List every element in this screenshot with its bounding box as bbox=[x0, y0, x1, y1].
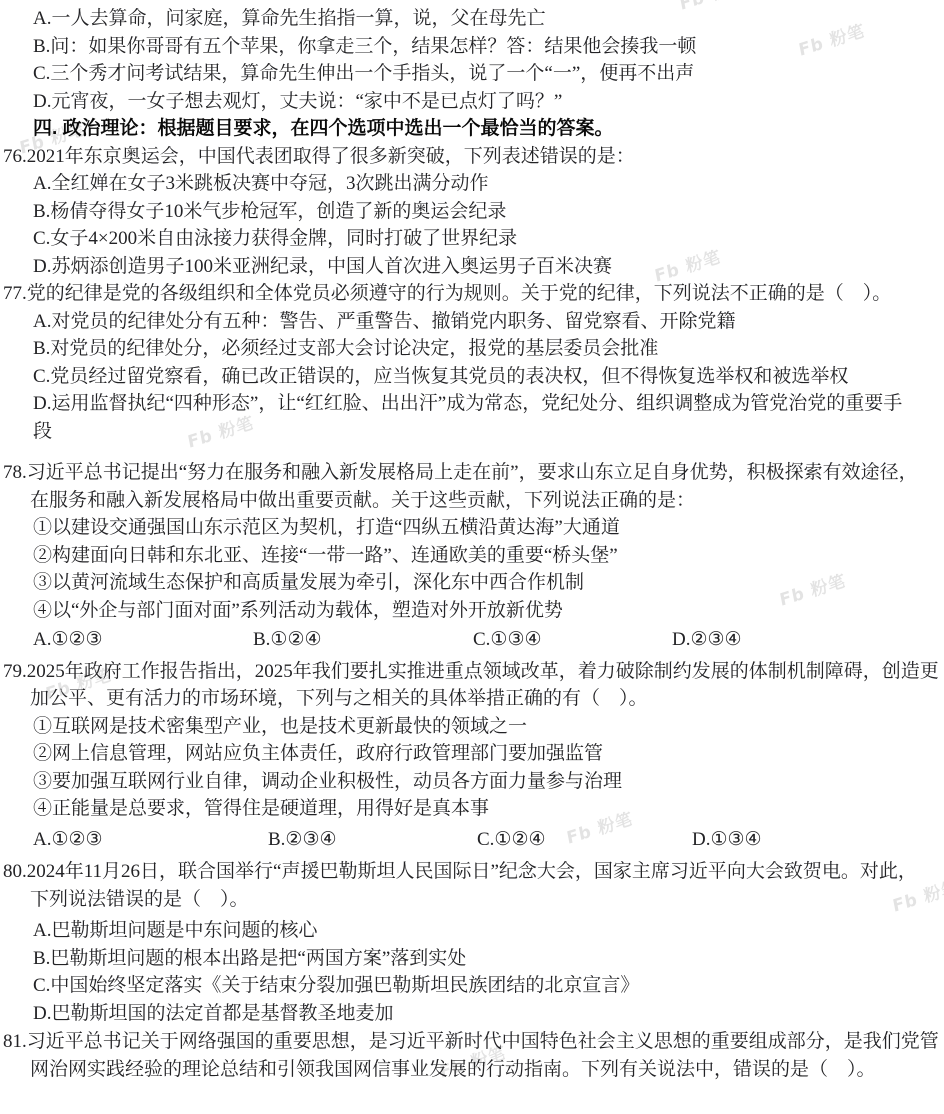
statement-line: ②构建面向日韩和东北亚、连接“一带一路”、连通欧美的重要“桥头堡” bbox=[3, 542, 944, 570]
option-line: 段 bbox=[3, 418, 944, 446]
question-line: 79.2025年政府工作报告指出，2025年我们要扎实推进重点领域改革，着力破除… bbox=[3, 658, 944, 686]
option-line: A.对党员的纪律处分有五种：警告、严重警告、撤销党内职务、留党察看、开除党籍 bbox=[3, 308, 944, 336]
option-line: B.杨倩夺得女子10米气步枪冠军，创造了新的奥运会纪录 bbox=[3, 198, 944, 226]
option-line: D.巴勒斯坦国的法定首都是基督教圣地麦加 bbox=[3, 1000, 944, 1028]
question-line: 78.习近平总书记提出“努力在服务和融入新发展格局上走在前”，要求山东立足自身优… bbox=[3, 459, 944, 487]
continuation-line: 加公平、更有活力的市场环境，下列与之相关的具体举措正确的有（ ）。 bbox=[3, 685, 944, 713]
section-header: 四. 政治理论：根据题目要求，在四个选项中选出一个最恰当的答案。 bbox=[3, 115, 944, 143]
option-line: C.女子4×200米自由泳接力获得金牌，同时打破了世界纪录 bbox=[3, 225, 944, 253]
question-line: 81.习近平总书记关于网络强国的重要思想，是习近平新时代中国特色社会主义思想的重… bbox=[3, 1028, 944, 1056]
options-row: A.①②③B.①②④C.①③④D.②③④ bbox=[3, 626, 944, 654]
option-cell: B.①②④ bbox=[253, 626, 322, 654]
option-line: C.党员经过留党察看，确已改正错误的，应当恢复其党员的表决权，但不得恢复选举权和… bbox=[3, 363, 944, 391]
option-line: D.苏炳添创造男子100米亚洲纪录，中国人首次进入奥运男子百米决赛 bbox=[3, 253, 944, 281]
statement-line: ②网上信息管理，网站应负主体责任，政府行政管理部门要加强监管 bbox=[3, 740, 944, 768]
option-line: A.巴勒斯坦问题是中东问题的核心 bbox=[3, 917, 944, 945]
option-line: A.全红婵在女子3米跳板决赛中夺冠，3次跳出满分动作 bbox=[3, 170, 944, 198]
question-line: 80.2024年11月26日，联合国举行“声援巴勒斯坦人民国际日”纪念大会，国家… bbox=[3, 858, 944, 886]
statement-line: ③要加强互联网行业自律，调动企业积极性，动员各方面力量参与治理 bbox=[3, 768, 944, 796]
option-line: A.一人去算命，问家庭，算命先生掐指一算，说，父在母先亡 bbox=[3, 5, 944, 33]
option-cell: B.②③④ bbox=[268, 826, 337, 854]
option-cell: C.①②④ bbox=[477, 826, 546, 854]
statement-line: ④以“外企与部门面对面”系列活动为载体，塑造对外开放新优势 bbox=[3, 597, 944, 625]
option-cell: A.①②③ bbox=[33, 626, 103, 654]
option-cell: C.①③④ bbox=[473, 626, 542, 654]
continuation-line: 网治网实践经验的理论总结和引领我国网信事业发展的行动指南。下列有关说法中，错误的… bbox=[3, 1056, 944, 1084]
option-cell: A.①②③ bbox=[33, 826, 103, 854]
page: { "page": { "background": "#ffffff", "te… bbox=[0, 0, 944, 1114]
option-line: B.对党员的纪律处分，必须经过支部大会讨论决定，报党的基层委员会批准 bbox=[3, 335, 944, 363]
option-line: C.三个秀才问考试结果，算命先生伸出一个手指头，说了一个“一”，便再不出声 bbox=[3, 60, 944, 88]
option-line: D.元宵夜，一女子想去观灯，丈夫说：“家中不是已点灯了吗？” bbox=[3, 88, 944, 116]
question-line: 77.党的纪律是党的各级组织和全体党员必须遵守的行为规则。关于党的纪律，下列说法… bbox=[3, 280, 944, 308]
exam-document: A.一人去算命，问家庭，算命先生掐指一算，说，父在母先亡B.问：如果你哥哥有五个… bbox=[0, 0, 944, 1083]
statement-line: ①互联网是技术密集型产业，也是技术更新最快的领域之一 bbox=[3, 713, 944, 741]
option-line: C.中国始终坚定落实《关于结束分裂加强巴勒斯坦民族团结的北京宣言》 bbox=[3, 972, 944, 1000]
option-line: B.巴勒斯坦问题的根本出路是把“两国方案”落到实处 bbox=[3, 945, 944, 973]
statement-line: ④正能量是总要求，管得住是硬道理，用得好是真本事 bbox=[3, 795, 944, 823]
option-cell: D.①③④ bbox=[692, 826, 762, 854]
options-row: A.①②③B.②③④C.①②④D.①③④ bbox=[3, 826, 944, 854]
question-line: 76.2021年东京奥运会，中国代表团取得了很多新突破，下列表述错误的是： bbox=[3, 143, 944, 171]
statement-line: ①以建设交通强国山东示范区为契机，打造“四纵五横沿黄达海”大通道 bbox=[3, 514, 944, 542]
option-line: B.问：如果你哥哥有五个苹果，你拿走三个，结果怎样？答：结果他会揍我一顿 bbox=[3, 33, 944, 61]
continuation-line: 下列说法错误的是（ ）。 bbox=[3, 886, 944, 914]
option-cell: D.②③④ bbox=[672, 626, 742, 654]
option-line: D.运用监督执纪“四种形态”，让“红红脸、出出汗”成为常态，党纪处分、组织调整成… bbox=[3, 390, 944, 418]
continuation-line: 在服务和融入新发展格局中做出重要贡献。关于这些贡献，下列说法正确的是： bbox=[3, 487, 944, 515]
statement-line: ③以黄河流域生态保护和高质量发展为牵引，深化东中西合作机制 bbox=[3, 569, 944, 597]
